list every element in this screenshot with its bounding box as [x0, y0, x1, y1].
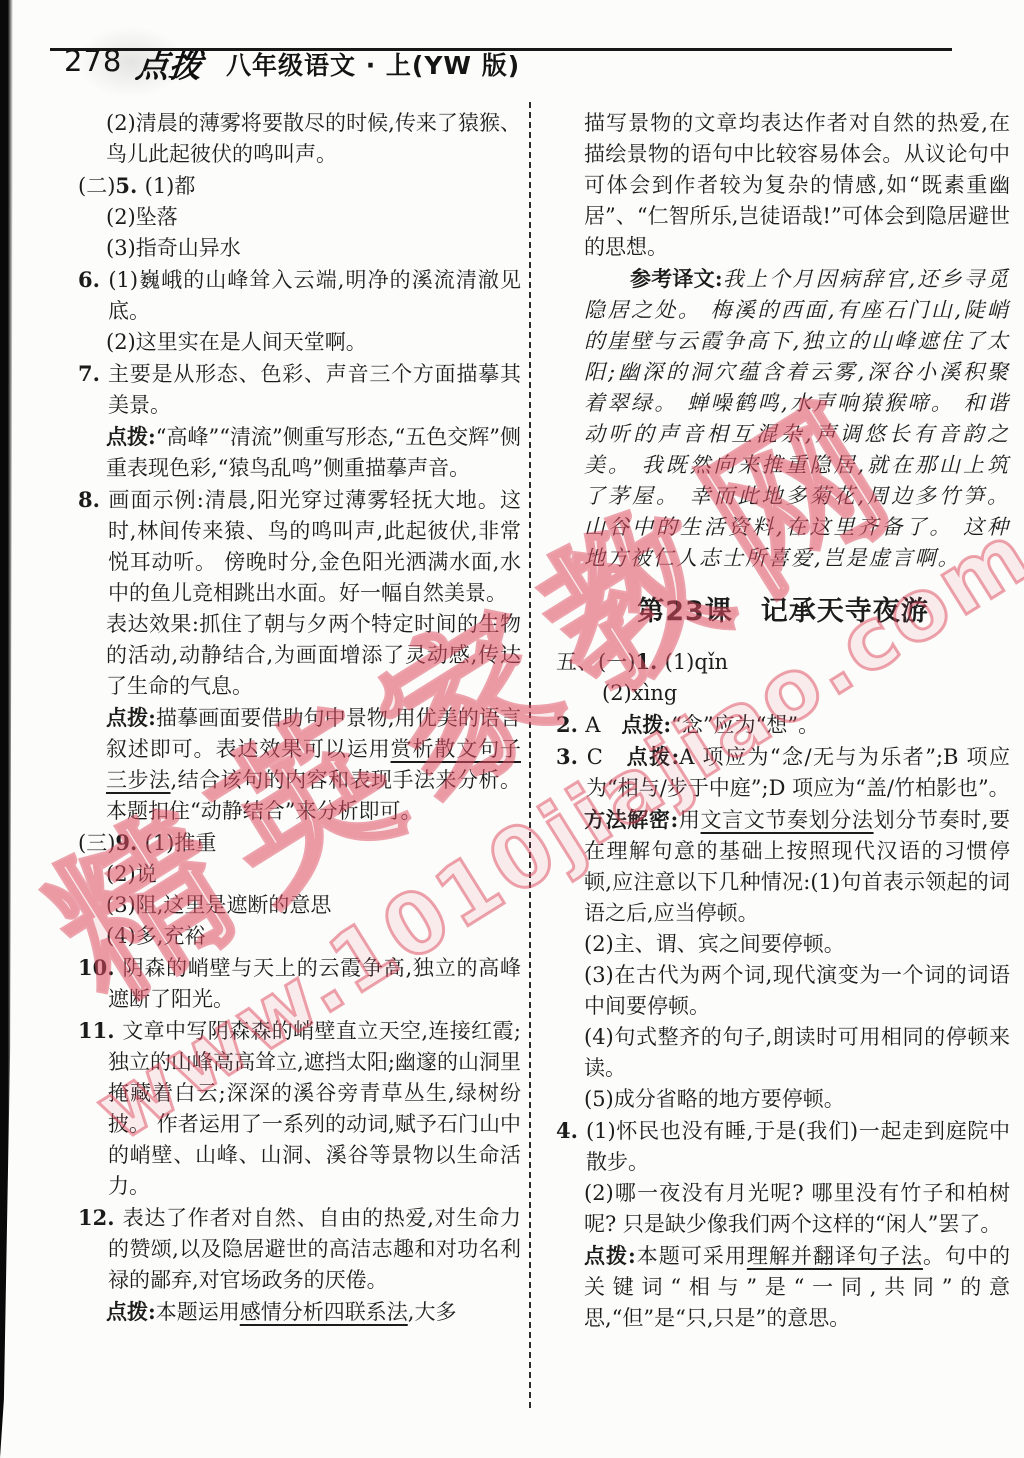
text-run: C: [587, 745, 627, 769]
text-run: (三): [78, 831, 115, 855]
answer-paragraph: (二)5. (1)都: [78, 170, 521, 202]
method-name-underlined: 理解并翻译句子法: [747, 1244, 923, 1268]
text-run: (1)推重: [145, 831, 217, 855]
column-divider: [529, 102, 531, 1408]
answer-paragraph: (3)指奇山异水: [78, 233, 521, 264]
text-run: ,大多: [408, 1300, 457, 1324]
text-run: (2)哪一夜没有月光呢? 哪里没有竹子和柏树呢? 只是缺少像我们两个这样的“闲人…: [584, 1181, 1010, 1236]
text-run: 文章中写阴森森的峭壁直立天空,连接红霞;独立的山峰高高耸立,遮挡太阳;幽邃的山洞…: [108, 1019, 521, 1198]
answer-paragraph: (2)说: [78, 859, 521, 890]
answer-paragraph: 11. 文章中写阴森森的峭壁直立天空,连接红霞;独立的山峰高高耸立,遮挡太阳;幽…: [78, 1015, 521, 1202]
lesson-title: 第23课 记承天寺夜游: [556, 594, 1010, 630]
bold-label: 1.: [635, 649, 664, 674]
bold-label: 4.: [556, 1118, 586, 1143]
text-run: 阴森的峭壁与天上的云霞争高,独立的高峰遮断了阳光。: [108, 956, 521, 1011]
bold-label: 点拨:: [621, 712, 671, 737]
text-run: 主要是从形态、色彩、声音三个方面描摹其美景。: [108, 362, 521, 417]
answer-paragraph: 3. C 点拨:A 项应为“念/无与为乐者”;B 项应为“相与/步于中庭”;D …: [556, 741, 1010, 804]
text-run: 用: [678, 808, 700, 832]
text-run: “高峰”“清流”侧重写形态,“五色交辉”侧重表现色彩,“猿鸟乱鸣”侧重描摹声音。: [106, 425, 521, 480]
header-rule: [50, 48, 952, 51]
bold-label: 6.: [78, 267, 108, 292]
method-name-underlined: 文言文节奏划分法: [701, 808, 874, 832]
answer-paragraph: (3)阻,这里是遮断的意思: [78, 890, 521, 921]
text-run: 第23课 记承天寺夜游: [637, 596, 929, 627]
text-run: 画面示例:清晨,阳光穿过薄雾轻抚大地。这时,林间传来猿、鸟的鸣叫声,此起彼伏,非…: [108, 488, 521, 605]
edition-title: 八年级语文 · 上(YW 版): [226, 46, 520, 82]
text-run: (2)说: [106, 862, 157, 886]
answer-paragraph: (5)成分省略的地方要停顿。: [556, 1084, 1010, 1115]
answer-paragraph: 点拨:本题运用感情分析四联系法,大多: [78, 1296, 521, 1328]
bold-label: 2.: [556, 712, 585, 737]
text-run: “念”应为“想”。: [671, 713, 819, 737]
text-run: 表达了作者对自然、自由的热爱,对生命力的赞颂,以及隐居避世的高洁志趣和对功名利禄…: [108, 1206, 521, 1292]
answer-paragraph: 表达效果:抓住了朝与夕两个特定时间的生物的活动,动静结合,为画面增添了灵动感,传…: [78, 609, 521, 702]
bold-label: 8.: [78, 487, 108, 512]
answer-paragraph: (2)xìng: [556, 678, 1010, 709]
scanned-answer-page: 278 点拨 八年级语文 · 上(YW 版) (2)清晨的薄雾将要散尽的时候,传…: [0, 0, 1024, 1458]
answer-paragraph: (2)哪一夜没有月光呢? 哪里没有竹子和柏树呢? 只是缺少像我们两个这样的“闲人…: [556, 1178, 1010, 1240]
bold-label: 11.: [78, 1018, 122, 1043]
text-run: (1)巍峨的山峰耸入云端,明净的溪流清澈见底。: [108, 268, 521, 323]
bold-label: 12.: [78, 1205, 123, 1230]
answer-paragraph: (3)在古代为两个词,现代演变为一个词的词语中间要停顿。: [556, 960, 1010, 1022]
answer-paragraph: (4)句式整齐的句子,朗读时可用相同的停顿来读。: [556, 1022, 1010, 1084]
text-run: (3)阻,这里是遮断的意思: [106, 893, 331, 917]
text-run: (2)这里实在是人间天堂啊。: [106, 330, 367, 354]
bold-label: 点拨:: [106, 424, 156, 449]
left-column: (2)清晨的薄雾将要散尽的时候,传来了猿猴、鸟儿此起彼伏的鸣叫声。(二)5. (…: [78, 108, 521, 1328]
book-spine-shadow: [0, 0, 13, 1458]
text-run: (4)句式整齐的句子,朗读时可用相同的停顿来读。: [584, 1025, 1010, 1080]
answer-paragraph: (2)清晨的薄雾将要散尽的时候,传来了猿猴、鸟儿此起彼伏的鸣叫声。: [78, 108, 521, 170]
text-run: (3)指奇山异水: [106, 236, 241, 260]
text-run: 本题运用: [156, 1300, 240, 1324]
text-run: (1)怀民也没有睡,于是(我们)一起走到庭院中散步。: [586, 1119, 1010, 1174]
text-run: (2)主、谓、宾之间要停顿。: [584, 932, 845, 956]
answer-paragraph: 点拨:描摹画面要借助句中景物,用优美的语言叙述即可。表达效果可以运用赏析散文句子…: [78, 702, 521, 827]
bold-label: 点拨:: [627, 744, 680, 769]
answer-paragraph: (2)这里实在是人间天堂啊。: [78, 327, 521, 358]
text-run: (1)qǐn: [665, 650, 728, 674]
bold-label: 方法解密:: [584, 807, 678, 832]
text-run: (2)清晨的薄雾将要散尽的时候,传来了猿猴、鸟儿此起彼伏的鸣叫声。: [106, 111, 521, 166]
bold-label: 5.: [115, 173, 144, 198]
text-run: (3)在古代为两个词,现代演变为一个词的词语中间要停顿。: [584, 963, 1010, 1018]
answer-paragraph: 参考译文:我上个月因病辞官,还乡寻觅隐居之处。 梅溪的西面,有座石门山,陡峭的崖…: [556, 263, 1010, 574]
answer-paragraph: 点拨:本题可采用理解并翻译句子法。句中的关键词“相与”是“一同,共同”的意思,“…: [556, 1240, 1010, 1334]
answer-paragraph: (4)多,充裕: [78, 921, 521, 952]
answer-paragraph: 2. A 点拨:“念”应为“想”。: [556, 709, 1010, 741]
bold-label: 点拨:: [584, 1243, 636, 1268]
answer-paragraph: (2)坠落: [78, 202, 521, 233]
text-run: (5)成分省略的地方要停顿。: [584, 1087, 845, 1111]
text-run: 我上个月因病辞官,还乡寻觅隐居之处。 梅溪的西面,有座石门山,陡峭的崖壁与云霞争…: [584, 267, 1010, 570]
text-run: (二): [78, 174, 115, 198]
text-run: 本题可采用: [636, 1244, 747, 1268]
answer-paragraph: 7. 主要是从形态、色彩、声音三个方面描摹其美景。: [78, 358, 521, 421]
bold-label: 3.: [556, 744, 587, 769]
answer-paragraph: 方法解密:用文言文节奏划分法划分节奏时,要在理解句意的基础上按照现代汉语的习惯停…: [556, 804, 1010, 929]
right-column: 描写景物的文章均表达作者对自然的热爱,在描绘景物的语句中比较容易体会。从议论句中…: [556, 108, 1010, 1334]
text-run: A: [585, 713, 621, 737]
text-run: (2)xìng: [602, 681, 677, 705]
text-run: 表达效果:抓住了朝与夕两个特定时间的生物的活动,动静结合,为画面增添了灵动感,传…: [106, 612, 521, 698]
bold-label: 参考译文:: [630, 266, 723, 291]
bold-label: 9.: [115, 830, 144, 855]
text-run: (2)坠落: [106, 205, 178, 229]
answer-paragraph: 4. (1)怀民也没有睡,于是(我们)一起走到庭院中散步。: [556, 1115, 1010, 1178]
text-run: 描写景物的文章均表达作者对自然的热爱,在描绘景物的语句中比较容易体会。从议论句中…: [584, 111, 1010, 259]
answer-paragraph: 12. 表达了作者对自然、自由的热爱,对生命力的赞颂,以及隐居避世的高洁志趣和对…: [78, 1202, 521, 1296]
answer-paragraph: 点拨:“高峰”“清流”侧重写形态,“五色交辉”侧重表现色彩,“猿鸟乱鸣”侧重描摹…: [78, 421, 521, 484]
answer-paragraph: 6. (1)巍峨的山峰耸入云端,明净的溪流清澈见底。: [78, 264, 521, 327]
answer-paragraph: 10. 阴森的峭壁与天上的云霞争高,独立的高峰遮断了阳光。: [78, 952, 521, 1015]
bold-label: 10.: [78, 955, 123, 980]
method-name-underlined: 感情分析四联系法: [240, 1300, 408, 1324]
bold-label: 点拨:: [106, 705, 156, 730]
text-run: 五、(一): [556, 650, 635, 674]
answer-paragraph: 描写景物的文章均表达作者对自然的热爱,在描绘景物的语句中比较容易体会。从议论句中…: [556, 108, 1010, 263]
answer-paragraph: 五、(一)1. (1)qǐn: [556, 646, 1010, 678]
bold-label: 点拨:: [106, 1299, 156, 1324]
answer-paragraph: 8. 画面示例:清晨,阳光穿过薄雾轻抚大地。这时,林间传来猿、鸟的鸣叫声,此起彼…: [78, 484, 521, 609]
bold-label: 7.: [78, 361, 108, 386]
answer-paragraph: (三)9. (1)推重: [78, 827, 521, 859]
text-run: (1)都: [145, 174, 196, 198]
answer-paragraph: (2)主、谓、宾之间要停顿。: [556, 929, 1010, 960]
text-run: (4)多,充裕: [106, 924, 205, 948]
